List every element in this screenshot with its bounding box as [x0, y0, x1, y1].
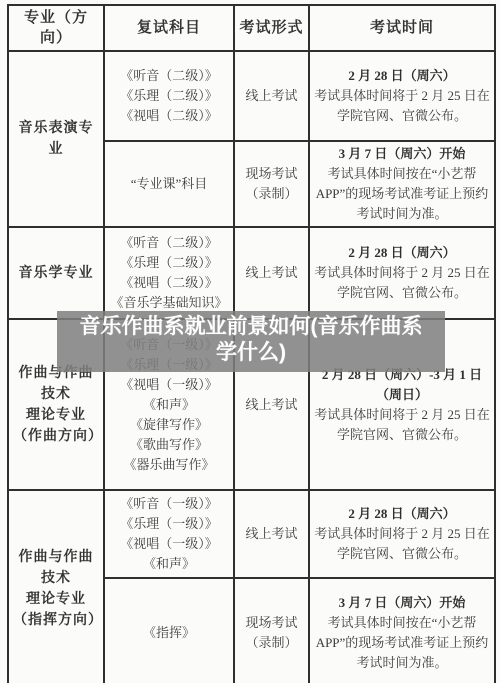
header-major: 专业（方向）: [8, 5, 104, 51]
time-cell: 3 月 7 日（周六）开始 考试具体时间按在“小艺帮 APP”的现场考试准考证上…: [309, 141, 495, 227]
subjects-cell: 《听音（二级）》 《乐理（二级）》 《视唱（二级）》 《音乐学基础知识》: [104, 227, 234, 319]
watermark-title-line1: 音乐作曲系就业前景如何(音乐作曲系: [57, 314, 445, 340]
table-row: 音乐表演专业 《听音（二级）》 《乐理（二级）》 《视唱（二级）》 线上考试 2…: [8, 51, 495, 141]
major-label: 音乐学专业: [13, 263, 99, 284]
major-label-line: （指挥方向）: [13, 610, 99, 631]
exam-note: 考试具体时间将于 2 月 25 日在学院官网、官微公布。: [314, 86, 490, 126]
time-cell: 3 月 7 日（周六）开始 考试具体时间按在“小艺帮 APP”的现场考试准考证上…: [309, 578, 495, 683]
subject-item: 《视唱（二级）》: [109, 273, 229, 293]
header-format: 考试形式: [234, 5, 309, 51]
subject-item: 《听音（一级）》: [109, 494, 229, 514]
format-cell: 线上考试: [234, 227, 309, 319]
format-label: 线上考试: [239, 263, 304, 283]
subject-item: 《听音（二级）》: [109, 66, 229, 86]
exam-date: 2 月 28 日（周六）: [314, 243, 490, 263]
major-cell-conducting: 作曲与作曲技术 理论专业 （指挥方向）: [8, 490, 104, 683]
exam-date: 2 月 28 日（周六）: [314, 66, 490, 86]
format-cell: 线上考试: [234, 490, 309, 578]
subject-item: “专业课”科目: [109, 174, 229, 194]
format-label: （录制）: [239, 633, 304, 653]
exam-date: 2 月 28 日（周六）: [314, 504, 490, 524]
major-cell-music-performance: 音乐表演专业: [8, 51, 104, 227]
major-label: 音乐表演专业: [13, 118, 99, 160]
format-label: 线上考试: [239, 524, 304, 544]
subjects-cell: 《听音（二级）》 《乐理（二级）》 《视唱（二级）》: [104, 51, 234, 141]
subject-item: 《音乐学基础知识》: [109, 293, 229, 313]
table-row: 作曲与作曲技术 理论专业 （指挥方向） 《听音（一级）》 《乐理（一级）》 《视…: [8, 490, 495, 578]
format-label: 现场考试: [239, 164, 304, 184]
exam-note: 考试具体时间按在“小艺帮 APP”的现场考试准考证上预约考试时间为准。: [314, 613, 490, 673]
exam-note: 考试具体时间将于 2 月 25 日在学院官网、官微公布。: [314, 263, 490, 303]
subject-item: 《歌曲写作》: [109, 435, 229, 455]
page: 专业（方向） 复试科目 考试形式 考试时间 音乐表演专业 《听音（二级）》 《乐…: [0, 0, 500, 683]
subject-item: 《和声》: [109, 554, 229, 574]
subjects-cell: 《听音（一级）》 《乐理（一级）》 《视唱（一级）》 《和声》: [104, 490, 234, 578]
format-cell: 现场考试 （录制）: [234, 141, 309, 227]
format-cell: 现场考试 （录制）: [234, 578, 309, 683]
major-label-line: 理论专业: [13, 589, 99, 610]
subjects-cell: “专业课”科目: [104, 141, 234, 227]
exam-date: 3 月 7 日（周六）开始: [314, 593, 490, 613]
exam-note: 考试具体时间将于 2 月 25 日在学院官网、官微公布。: [314, 405, 490, 445]
subject-item: 《视唱（二级）》: [109, 106, 229, 126]
subject-item: 《和声》: [109, 395, 229, 415]
subject-item: 《视唱（一级）》: [109, 534, 229, 554]
format-label: （录制）: [239, 184, 304, 204]
subjects-cell: 《指挥》: [104, 578, 234, 683]
time-cell: 2 月 28 日（周六） 考试具体时间将于 2 月 25 日在学院官网、官微公布…: [309, 490, 495, 578]
header-subjects: 复试科目: [104, 5, 234, 51]
major-cell-musicology: 音乐学专业: [8, 227, 104, 319]
format-label: 现场考试: [239, 613, 304, 633]
subject-item: 《指挥》: [109, 623, 229, 643]
exam-note: 考试具体时间将于 2 月 25 日在学院官网、官微公布。: [314, 524, 490, 564]
format-cell: 线上考试: [234, 51, 309, 141]
header-time: 考试时间: [309, 5, 495, 51]
subject-item: 《乐理（二级）》: [109, 86, 229, 106]
major-label-line: 作曲与作曲技术: [13, 547, 99, 589]
exam-note: 考试具体时间按在“小艺帮 APP”的现场考试准考证上预约考试时间为准。: [314, 164, 490, 224]
major-label-line: 理论专业: [13, 405, 99, 426]
watermark-title-line2: 学什么): [57, 340, 445, 366]
table-row: 音乐学专业 《听音（二级）》 《乐理（二级）》 《视唱（二级）》 《音乐学基础知…: [8, 227, 495, 319]
header-row: 专业（方向） 复试科目 考试形式 考试时间: [8, 5, 495, 51]
subject-item: 《视唱（一级）》: [109, 375, 229, 395]
subject-item: 《听音（二级）》: [109, 233, 229, 253]
subject-item: 《乐理（二级）》: [109, 253, 229, 273]
watermark-title-overlay: 音乐作曲系就业前景如何(音乐作曲系 学什么): [57, 311, 445, 372]
format-label: 线上考试: [239, 86, 304, 106]
exam-date: 3 月 7 日（周六）开始: [314, 144, 490, 164]
time-cell: 2 月 28 日（周六） 考试具体时间将于 2 月 25 日在学院官网、官微公布…: [309, 51, 495, 141]
time-cell: 2 月 28 日（周六） 考试具体时间将于 2 月 25 日在学院官网、官微公布…: [309, 227, 495, 319]
subject-item: 《乐理（一级）》: [109, 514, 229, 534]
subject-item: 《旋律写作》: [109, 415, 229, 435]
format-label: 线上考试: [239, 395, 304, 415]
major-label-line: （作曲方向）: [13, 426, 99, 447]
subject-item: 《器乐曲写作》: [109, 455, 229, 475]
